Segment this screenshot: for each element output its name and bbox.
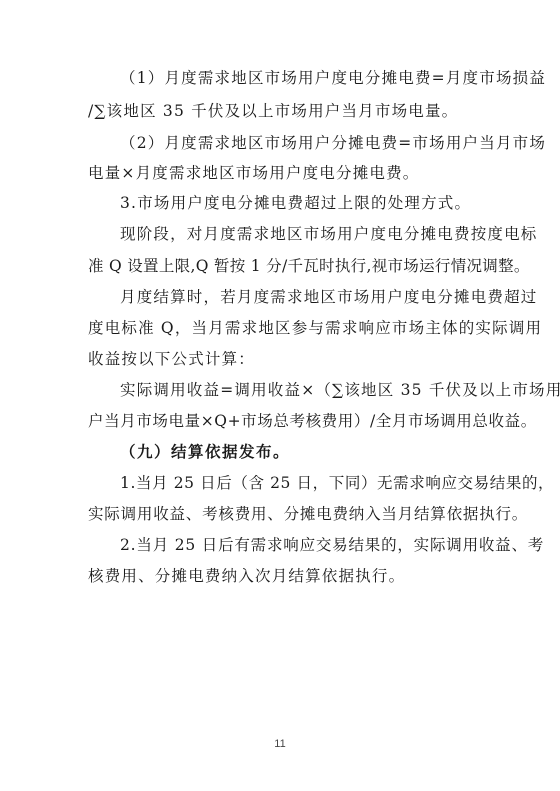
subsection-heading: 3.市场用户度电分摊电费超过上限的处理方式。: [120, 193, 484, 213]
paragraph-line: 2.当月 25 日后有需求响应交易结果的，实际调用收益、考: [120, 535, 484, 555]
document-page: （1）月度需求地区市场用户度电分摊电费=月度市场损益 /∑该地区 35 千伏及以…: [0, 0, 560, 791]
section-heading: （九）结算依据发布。: [120, 442, 484, 462]
paragraph-line: 收益按以下公式计算：: [88, 349, 484, 369]
paragraph-line: 电量×月度需求地区市场用户度电分摊电费。: [88, 163, 484, 183]
paragraph-line: （1）月度需求地区市场用户度电分摊电费=月度市场损益: [120, 68, 484, 88]
paragraph-line: /∑该地区 35 千伏及以上市场用户当月市场电量。: [88, 101, 484, 121]
formula-line: 户当月市场电量×Q+市场总考核费用）/全月市场调用总收益。: [88, 411, 484, 431]
paragraph-line: 度电标准 Q，当月需求地区参与需求响应市场主体的实际调用: [88, 318, 484, 338]
formula-line: 实际调用收益=调用收益×（∑该地区 35 千伏及以上市场用: [120, 380, 484, 400]
paragraph-line: 现阶段，对月度需求地区市场用户度电分摊电费按度电标: [120, 224, 484, 244]
paragraph-line: （2）月度需求地区市场用户分摊电费=市场用户当月市场: [120, 133, 484, 153]
page-number: 11: [0, 738, 560, 750]
paragraph-line: 准 Q 设置上限,Q 暂按 1 分/千瓦时执行,视市场运行情况调整。: [88, 256, 484, 276]
paragraph-line: 实际调用收益、考核费用、分摊电费纳入当月结算依据执行。: [88, 504, 484, 524]
paragraph-line: 核费用、分摊电费纳入次月结算依据执行。: [88, 566, 484, 586]
paragraph-line: 1.当月 25 日后（含 25 日，下同）无需求响应交易结果的，: [120, 473, 484, 493]
paragraph-line: 月度结算时，若月度需求地区市场用户度电分摊电费超过: [120, 287, 484, 307]
